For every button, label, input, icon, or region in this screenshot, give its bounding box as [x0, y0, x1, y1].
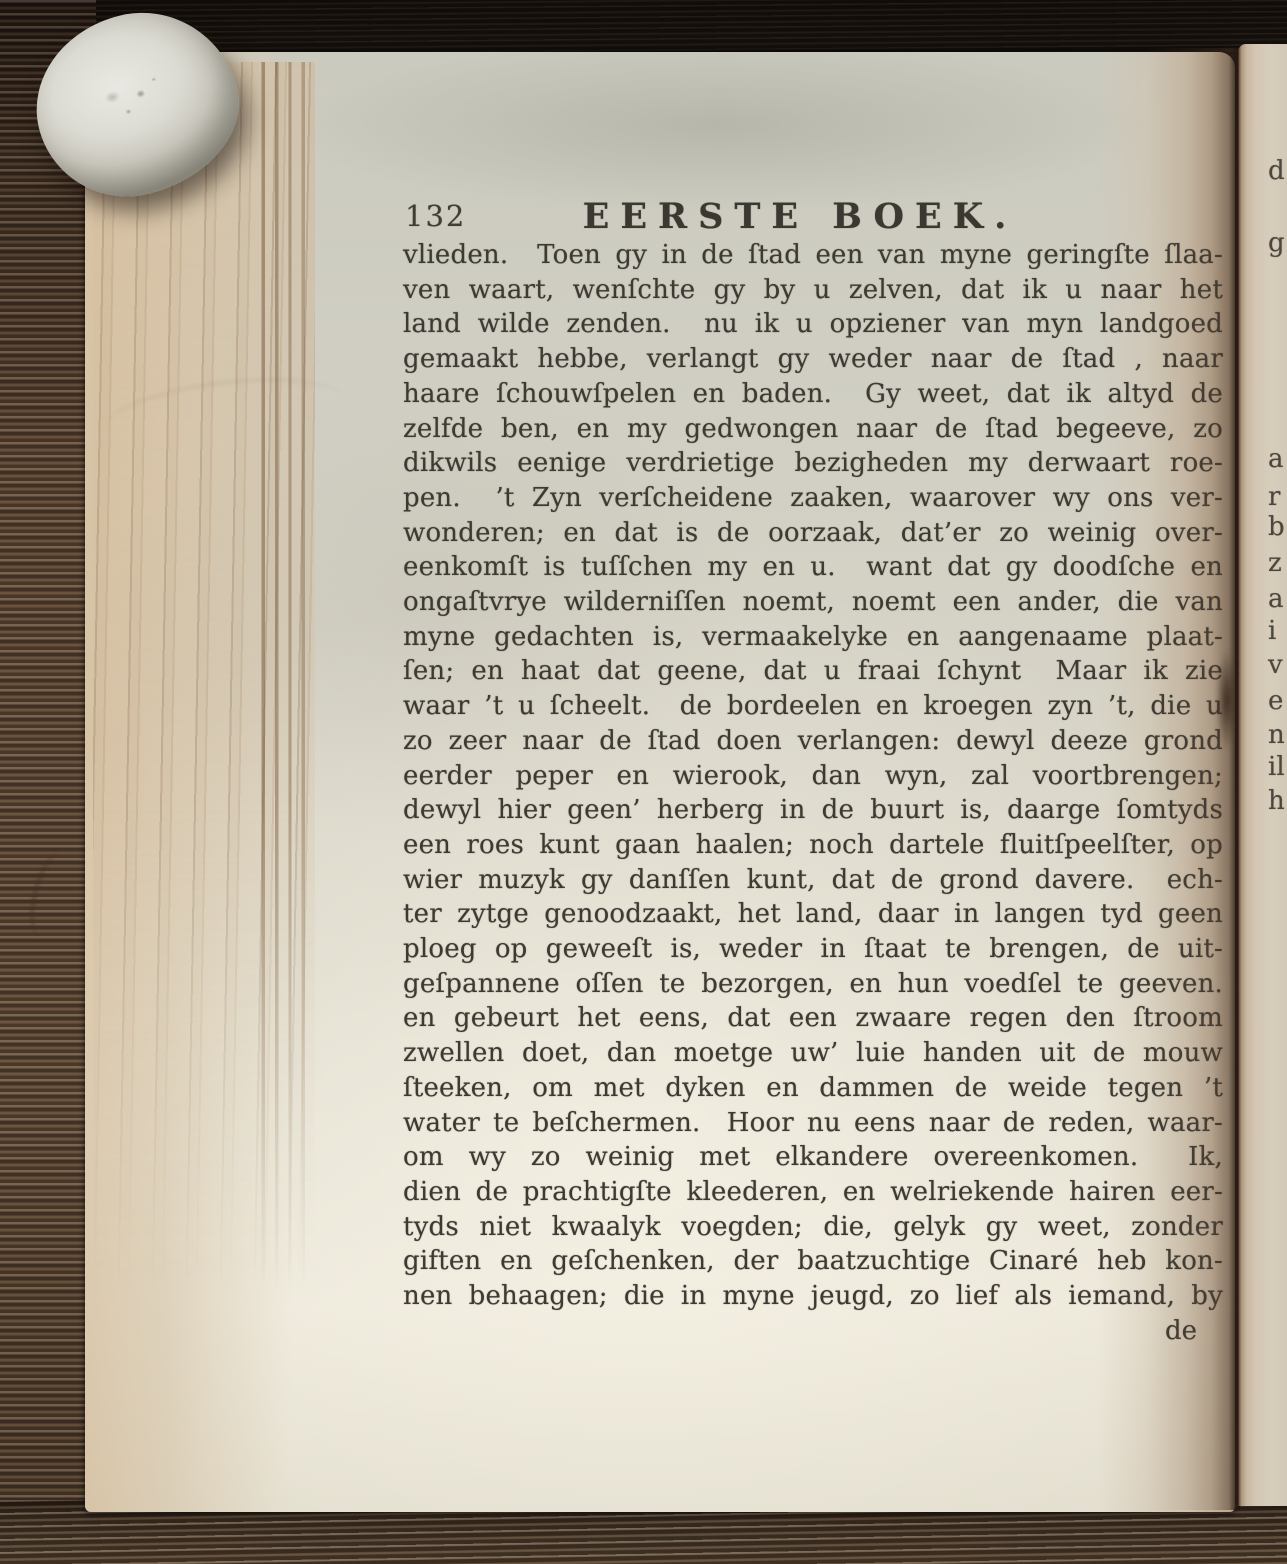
body-line: ſteeken, om met dyken en dammen de weide…	[403, 1071, 1223, 1106]
body-line: ſen; en haat dat geene, dat u fraai ſchy…	[403, 654, 1223, 689]
body-line: zo zeer naar de ſtad doen verlangen: dew…	[403, 724, 1223, 759]
body-line: dewyl hier geen’ herberg in de buurt is,…	[403, 793, 1223, 828]
edge-letter-fragment: b	[1268, 512, 1287, 542]
gutter-shadow	[1146, 48, 1240, 1510]
body-line: dien de prachtigſte kleederen, en welrie…	[403, 1175, 1223, 1210]
edge-letter-fragment: i	[1268, 616, 1287, 646]
body-line: ter zytge genoodzaakt, het land, daar in…	[403, 897, 1223, 932]
body-line: myne gedachten is, vermaakelyke en aange…	[403, 620, 1223, 655]
body-line: geſpannene oſſen te bezorgen, en hun voe…	[403, 967, 1223, 1002]
book-page: 132 EERSTE BOEK. vlieden. Toen gy in de …	[85, 52, 1235, 1512]
fore-edge-page-stripes	[93, 62, 315, 1342]
body-line: wonderen; en dat is de oorzaak, dat’er z…	[403, 516, 1223, 551]
body-line: eerder peper en wierook, dan wyn, zal vo…	[403, 759, 1223, 794]
body-line: nen behaagen; die in myne jeugd, zo lief…	[403, 1279, 1223, 1314]
body-line: land wilde zenden. nu ik u opziener van …	[403, 307, 1223, 342]
header-title: EERSTE BOEK.	[403, 196, 1197, 237]
edge-letter-fragment: a	[1268, 444, 1287, 474]
text-block: 132 EERSTE BOEK. vlieden. Toen gy in de …	[403, 180, 1223, 1349]
edge-letter-fragment: z	[1268, 548, 1287, 578]
wood-table-left	[0, 0, 96, 1564]
edge-letter-fragment: e	[1268, 686, 1287, 716]
body-line: water te beſchermen. Hoor nu eens naar d…	[403, 1106, 1223, 1141]
edge-letter-fragment: n	[1268, 720, 1287, 750]
body-line: haare ſchouwſpelen en baden. Gy weet, da…	[403, 377, 1223, 412]
body-line: en gebeurt het eens, dat een zwaare rege…	[403, 1001, 1223, 1036]
body-line: ven waart, wenſchte gy by u zelven, dat …	[403, 273, 1223, 308]
edge-letter-fragment: g	[1268, 228, 1287, 258]
body-line: eenkomſt is tuſſchen my en u. want dat g…	[403, 550, 1223, 585]
body-line: waar ’t u ſcheelt. de bordeelen en kroeg…	[403, 689, 1223, 724]
body-line: wier muzyk gy danſſen kunt, dat de grond…	[403, 863, 1223, 898]
body-line: om wy zo weinig met elkandere overeenkom…	[403, 1140, 1223, 1175]
body-line: ploeg op geweeſt is, weder in ſtaat te b…	[403, 932, 1223, 967]
body-line: een roes kunt gaan haalen; noch dartele …	[403, 828, 1223, 863]
body-line: vlieden. Toen gy in de ſtad een van myne…	[403, 238, 1223, 273]
edge-letter-fragment: d	[1268, 156, 1287, 186]
body-line: giften en geſchenken, der baatzuchtige C…	[403, 1244, 1223, 1279]
catchword: de	[403, 1314, 1223, 1349]
body-line: tyds niet kwaalyk voegden; die, gelyk gy…	[403, 1210, 1223, 1245]
edge-letter-fragment: a	[1268, 584, 1287, 614]
body-line: pen. ’t Zyn verſcheidene zaaken, waarove…	[403, 481, 1223, 516]
body-line: zelfde ben, en my gedwongen naar de ſtad…	[403, 412, 1223, 447]
body-line: gemaakt hebbe, verlangt gy weder naar de…	[403, 342, 1223, 377]
page-header: 132 EERSTE BOEK.	[403, 180, 1223, 238]
book-photo-scene: 132 EERSTE BOEK. vlieden. Toen gy in de …	[0, 0, 1287, 1564]
edge-letter-fragment: il	[1268, 752, 1287, 782]
body-line: ongaſtvrye wilderniſſen noemt, noemt een…	[403, 585, 1223, 620]
edge-letter-fragment: v	[1268, 650, 1287, 680]
edge-letter-fragment: h	[1268, 786, 1287, 816]
body-line: dikwils eenige verdrietige bezigheden my…	[403, 446, 1223, 481]
body-line: zwellen doet, dan moetge uw’ luie handen…	[403, 1036, 1223, 1071]
body-text: vlieden. Toen gy in de ſtad een van myne…	[403, 238, 1223, 1349]
facing-page-sliver: d g a r b z a i v e n il h	[1238, 44, 1287, 1506]
edge-letter-fragment: r	[1268, 482, 1287, 512]
